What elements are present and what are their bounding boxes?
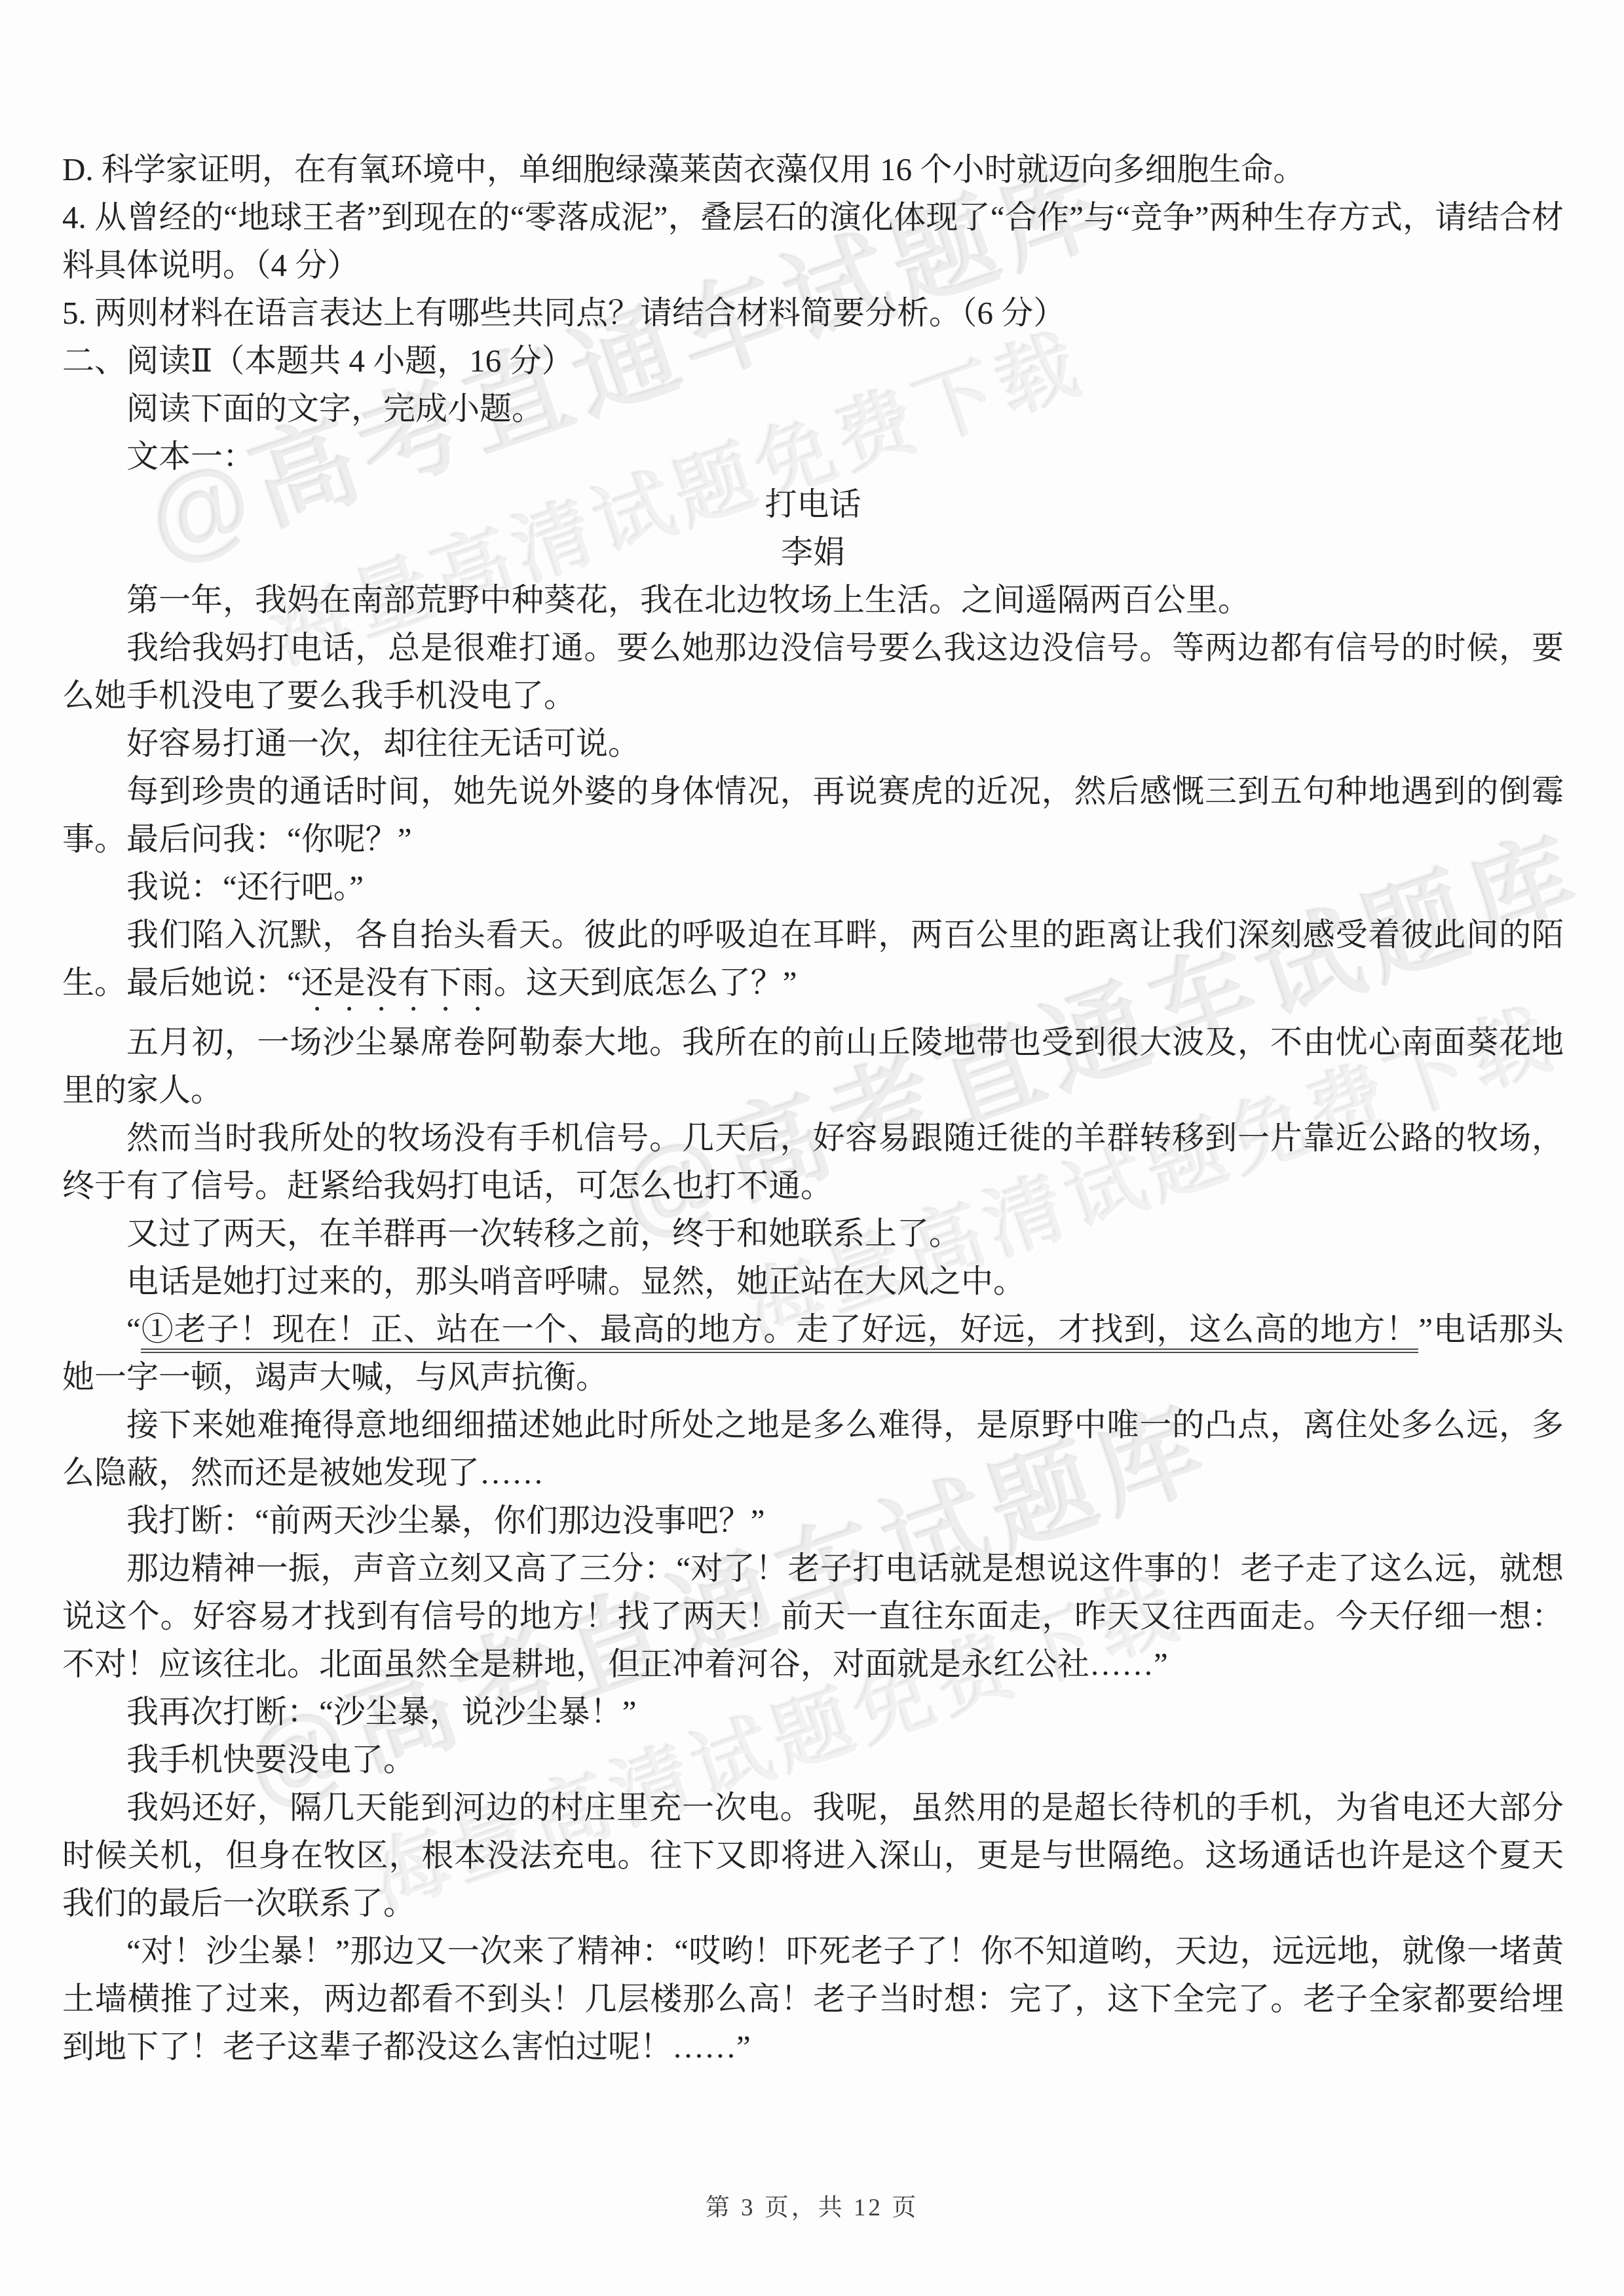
- passage-paragraph: 五月初，一场沙尘暴席卷阿勒泰大地。我所在的前山丘陵地带也受到很大波及，不由忧心南…: [62, 1018, 1564, 1114]
- exam-page: @高考直通车试题库 海量高清试题免费下载 @高考直通车试题库 海量高清试题免费下…: [0, 0, 1624, 2296]
- passage-paragraph: 我再次打断：“沙尘暴，说沙尘暴！”: [62, 1688, 1564, 1736]
- passage-paragraph: 那边精神一振，声音立刻又高了三分：“对了！老子打电话就是想说这件事的！老子走了这…: [62, 1544, 1564, 1688]
- page-footer: 第 3 页，共 12 页: [0, 2187, 1624, 2223]
- choice-option-d: D. 科学家证明，在有氧环境中，单细胞绿藻莱茵衣藻仅用 16 个小时就迈向多细胞…: [62, 145, 1564, 193]
- paragraph-text: 。这天到底怎么了？”: [494, 965, 797, 1001]
- text-one-label: 文本一：: [62, 432, 1564, 480]
- passage-paragraph: 每到珍贵的通话时间，她先说外婆的身体情况，再说赛虎的近况，然后感慨三到五句种地遇…: [62, 767, 1564, 863]
- paragraph-text: 我们陷入沉默，各自抬头看天。彼此的呼吸迫在耳畔，两百公里的距离让我们深刻感受着彼…: [62, 917, 1564, 1001]
- question-4: 4. 从曾经的“地球王者”到现在的“零落成泥”，叠层石的演化体现了“合作”与“竞…: [62, 193, 1564, 289]
- section-heading: 二、阅读Ⅱ（本题共 4 小题，16 分）: [62, 337, 1564, 385]
- passage-paragraph: 我给我妈打电话，总是很难打通。要么她那边没信号要么我这边没信号。等两边都有信号的…: [62, 624, 1564, 719]
- passage-paragraph: 我手机快要没电了。: [62, 1736, 1564, 1784]
- passage-title: 打电话: [62, 480, 1564, 528]
- paragraph-text: “: [126, 1311, 141, 1347]
- question-5: 5. 两则材料在语言表达上有哪些共同点？请结合材料简要分析。（6 分）: [62, 289, 1564, 337]
- passage-paragraph: 我妈还好，隔几天能到河边的村庄里充一次电。我呢，虽然用的是超长待机的手机，为省电…: [62, 1784, 1564, 1927]
- passage-paragraph: “对！沙尘暴！”那边又一次来了精神：“哎哟！吓死老子了！你不知道哟，天边，远远地…: [62, 1927, 1564, 2071]
- passage-paragraph: 电话是她打过来的，那头哨音呼啸。显然，她正站在大风之中。: [62, 1257, 1564, 1305]
- passage-paragraph: 我打断：“前两天沙尘暴，你们那边没事吧？”: [62, 1497, 1564, 1544]
- passage-paragraph: 我们陷入沉默，各自抬头看天。彼此的呼吸迫在耳畔，两百公里的距离让我们深刻感受着彼…: [62, 911, 1564, 1018]
- underlined-sentence-1: ①老子！现在！正、站在一个、最高的地方。走了好远，好远，才找到，这么高的地方！: [141, 1311, 1419, 1353]
- passage-paragraph: 好容易打通一次，却往往无话可说。: [62, 719, 1564, 767]
- page-content: D. 科学家证明，在有氧环境中，单细胞绿藻莱茵衣藻仅用 16 个小时就迈向多细胞…: [62, 145, 1564, 2071]
- passage-paragraph: “①老子！现在！正、站在一个、最高的地方。走了好远，好远，才找到，这么高的地方！…: [62, 1305, 1564, 1401]
- passage-paragraph: 第一年，我妈在南部荒野中种葵花，我在北边牧场上生活。之间遥隔两百公里。: [62, 576, 1564, 624]
- passage-paragraph: 又过了两天，在羊群再一次转移之前，终于和她联系上了。: [62, 1210, 1564, 1257]
- passage-instruction: 阅读下面的文字，完成小题。: [62, 385, 1564, 432]
- emphasized-phrase: 还是没有下雨: [301, 965, 494, 1001]
- passage-paragraph: 然而当时我所处的牧场没有手机信号。几天后，好容易跟随迁徙的羊群转移到一片靠近公路…: [62, 1114, 1564, 1210]
- passage-author: 李娟: [62, 528, 1564, 576]
- passage-paragraph: 我说：“还行吧。”: [62, 863, 1564, 911]
- passage-paragraph: 接下来她难掩得意地细细描述她此时所处之地是多么难得，是原野中唯一的凸点，离住处多…: [62, 1401, 1564, 1497]
